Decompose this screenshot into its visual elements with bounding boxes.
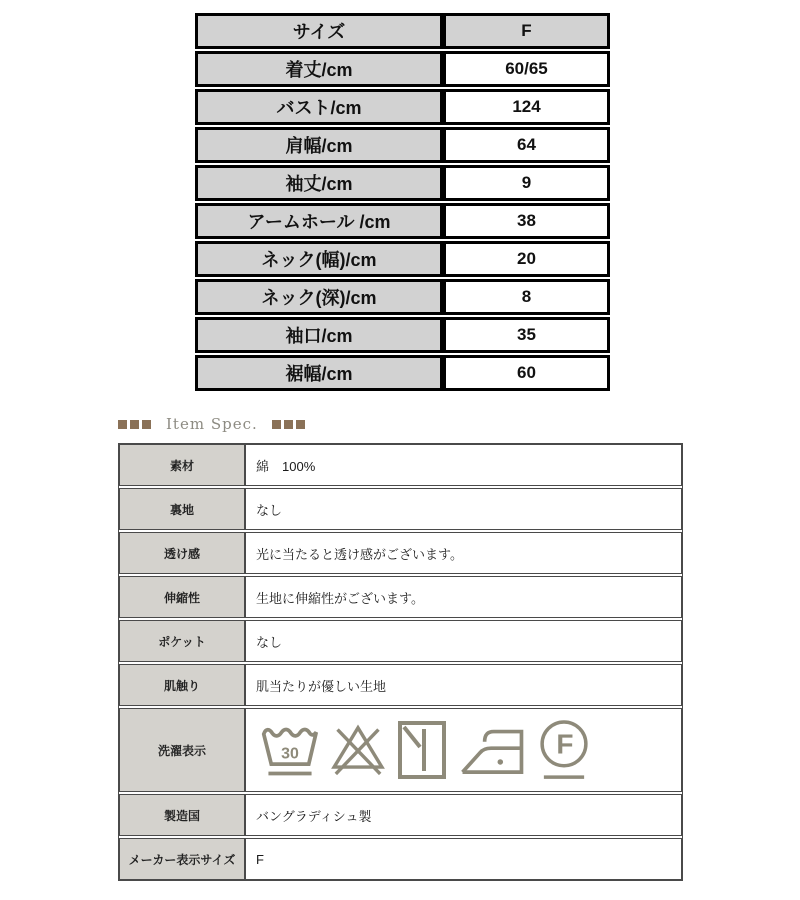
spec-row: 肌触り 肌当たりが優しい生地 bbox=[119, 664, 682, 706]
size-row-value: 9 bbox=[443, 165, 610, 201]
size-table-header-row: サイズ F bbox=[195, 13, 610, 49]
size-row-label: 着丈/cm bbox=[195, 51, 443, 87]
iron-low-heat-icon bbox=[457, 720, 527, 780]
machine-wash-30-gentle-icon: 30 bbox=[260, 719, 320, 781]
accent-square-icon bbox=[118, 420, 127, 429]
size-row-value: 20 bbox=[443, 241, 610, 277]
care-symbols-group: 30 bbox=[256, 717, 592, 783]
size-row-value: 124 bbox=[443, 89, 610, 125]
spec-row-label: メーカー表示サイズ bbox=[119, 838, 245, 880]
accent-square-icon bbox=[272, 420, 281, 429]
size-header-label: サイズ bbox=[195, 13, 443, 49]
size-header-value: F bbox=[443, 13, 610, 49]
size-table: サイズ F 着丈/cm 60/65 バスト/cm 124 肩幅/cm 64 袖丈… bbox=[195, 13, 610, 393]
size-table-row: アームホール /cm 38 bbox=[195, 203, 610, 239]
spec-row-label: 製造国 bbox=[119, 794, 245, 836]
spec-row-value: 綿 100% bbox=[245, 444, 682, 486]
size-table-row: ネック(深)/cm 8 bbox=[195, 279, 610, 315]
spec-row-label: 素材 bbox=[119, 444, 245, 486]
size-row-label: アームホール /cm bbox=[195, 203, 443, 239]
size-table-row: 袖丈/cm 9 bbox=[195, 165, 610, 201]
spec-row-label: 伸縮性 bbox=[119, 576, 245, 618]
spec-row-value: 光に当たると透け感がございます。 bbox=[245, 532, 682, 574]
svg-text:F: F bbox=[556, 729, 573, 760]
spec-row-value: なし bbox=[245, 488, 682, 530]
size-row-value: 38 bbox=[443, 203, 610, 239]
size-row-value: 8 bbox=[443, 279, 610, 315]
svg-text:30: 30 bbox=[281, 745, 299, 762]
spec-row-label: 裏地 bbox=[119, 488, 245, 530]
line-dry-in-shade-icon bbox=[396, 719, 448, 781]
spec-row-value: 生地に伸縮性がございます。 bbox=[245, 576, 682, 618]
accent-square-icon bbox=[130, 420, 139, 429]
spec-row-label: ポケット bbox=[119, 620, 245, 662]
size-table-row: 裾幅/cm 60 bbox=[195, 355, 610, 391]
spec-row: 透け感 光に当たると透け感がございます。 bbox=[119, 532, 682, 574]
size-row-value: 60 bbox=[443, 355, 610, 391]
spec-row: 伸縮性 生地に伸縮性がございます。 bbox=[119, 576, 682, 618]
item-spec-heading: Item Spec. bbox=[118, 415, 308, 433]
spec-row: ポケット なし bbox=[119, 620, 682, 662]
size-row-label: ネック(深)/cm bbox=[195, 279, 443, 315]
spec-row: 製造国 バングラディシュ製 bbox=[119, 794, 682, 836]
size-table-row: 肩幅/cm 64 bbox=[195, 127, 610, 163]
size-row-value: 64 bbox=[443, 127, 610, 163]
item-spec-table: 素材 綿 100% 裏地 なし 透け感 光に当たると透け感がございます。 伸縮性… bbox=[118, 443, 683, 881]
size-row-label: 袖丈/cm bbox=[195, 165, 443, 201]
size-table-row: ネック(幅)/cm 20 bbox=[195, 241, 610, 277]
spec-row: 素材 綿 100% bbox=[119, 444, 682, 486]
size-row-label: ネック(幅)/cm bbox=[195, 241, 443, 277]
accent-square-icon bbox=[296, 420, 305, 429]
size-row-label: 裾幅/cm bbox=[195, 355, 443, 391]
size-row-value: 60/65 bbox=[443, 51, 610, 87]
size-table-row: バスト/cm 124 bbox=[195, 89, 610, 125]
spec-row-value: 肌当たりが優しい生地 bbox=[245, 664, 682, 706]
spec-row: メーカー表示サイズ F bbox=[119, 838, 682, 880]
spec-row-value: バングラディシュ製 bbox=[245, 794, 682, 836]
size-row-label: 肩幅/cm bbox=[195, 127, 443, 163]
spec-row: 裏地 なし bbox=[119, 488, 682, 530]
size-table-row: 着丈/cm 60/65 bbox=[195, 51, 610, 87]
size-table-row: 袖口/cm 35 bbox=[195, 317, 610, 353]
accent-square-icon bbox=[142, 420, 151, 429]
spec-row-value: 30 bbox=[245, 708, 682, 792]
spec-row-label: 洗濯表示 bbox=[119, 708, 245, 792]
size-row-label: 袖口/cm bbox=[195, 317, 443, 353]
spec-row-label: 透け感 bbox=[119, 532, 245, 574]
accent-square-icon bbox=[284, 420, 293, 429]
spec-row-label: 肌触り bbox=[119, 664, 245, 706]
size-row-value: 35 bbox=[443, 317, 610, 353]
do-not-bleach-icon bbox=[329, 719, 387, 781]
spec-row-value: なし bbox=[245, 620, 682, 662]
item-spec-title: Item Spec. bbox=[166, 415, 258, 433]
spec-row-care-symbols: 洗濯表示 30 bbox=[119, 708, 682, 792]
dry-clean-F-gentle-icon: F bbox=[536, 717, 592, 783]
size-row-label: バスト/cm bbox=[195, 89, 443, 125]
spec-row-value: F bbox=[245, 838, 682, 880]
